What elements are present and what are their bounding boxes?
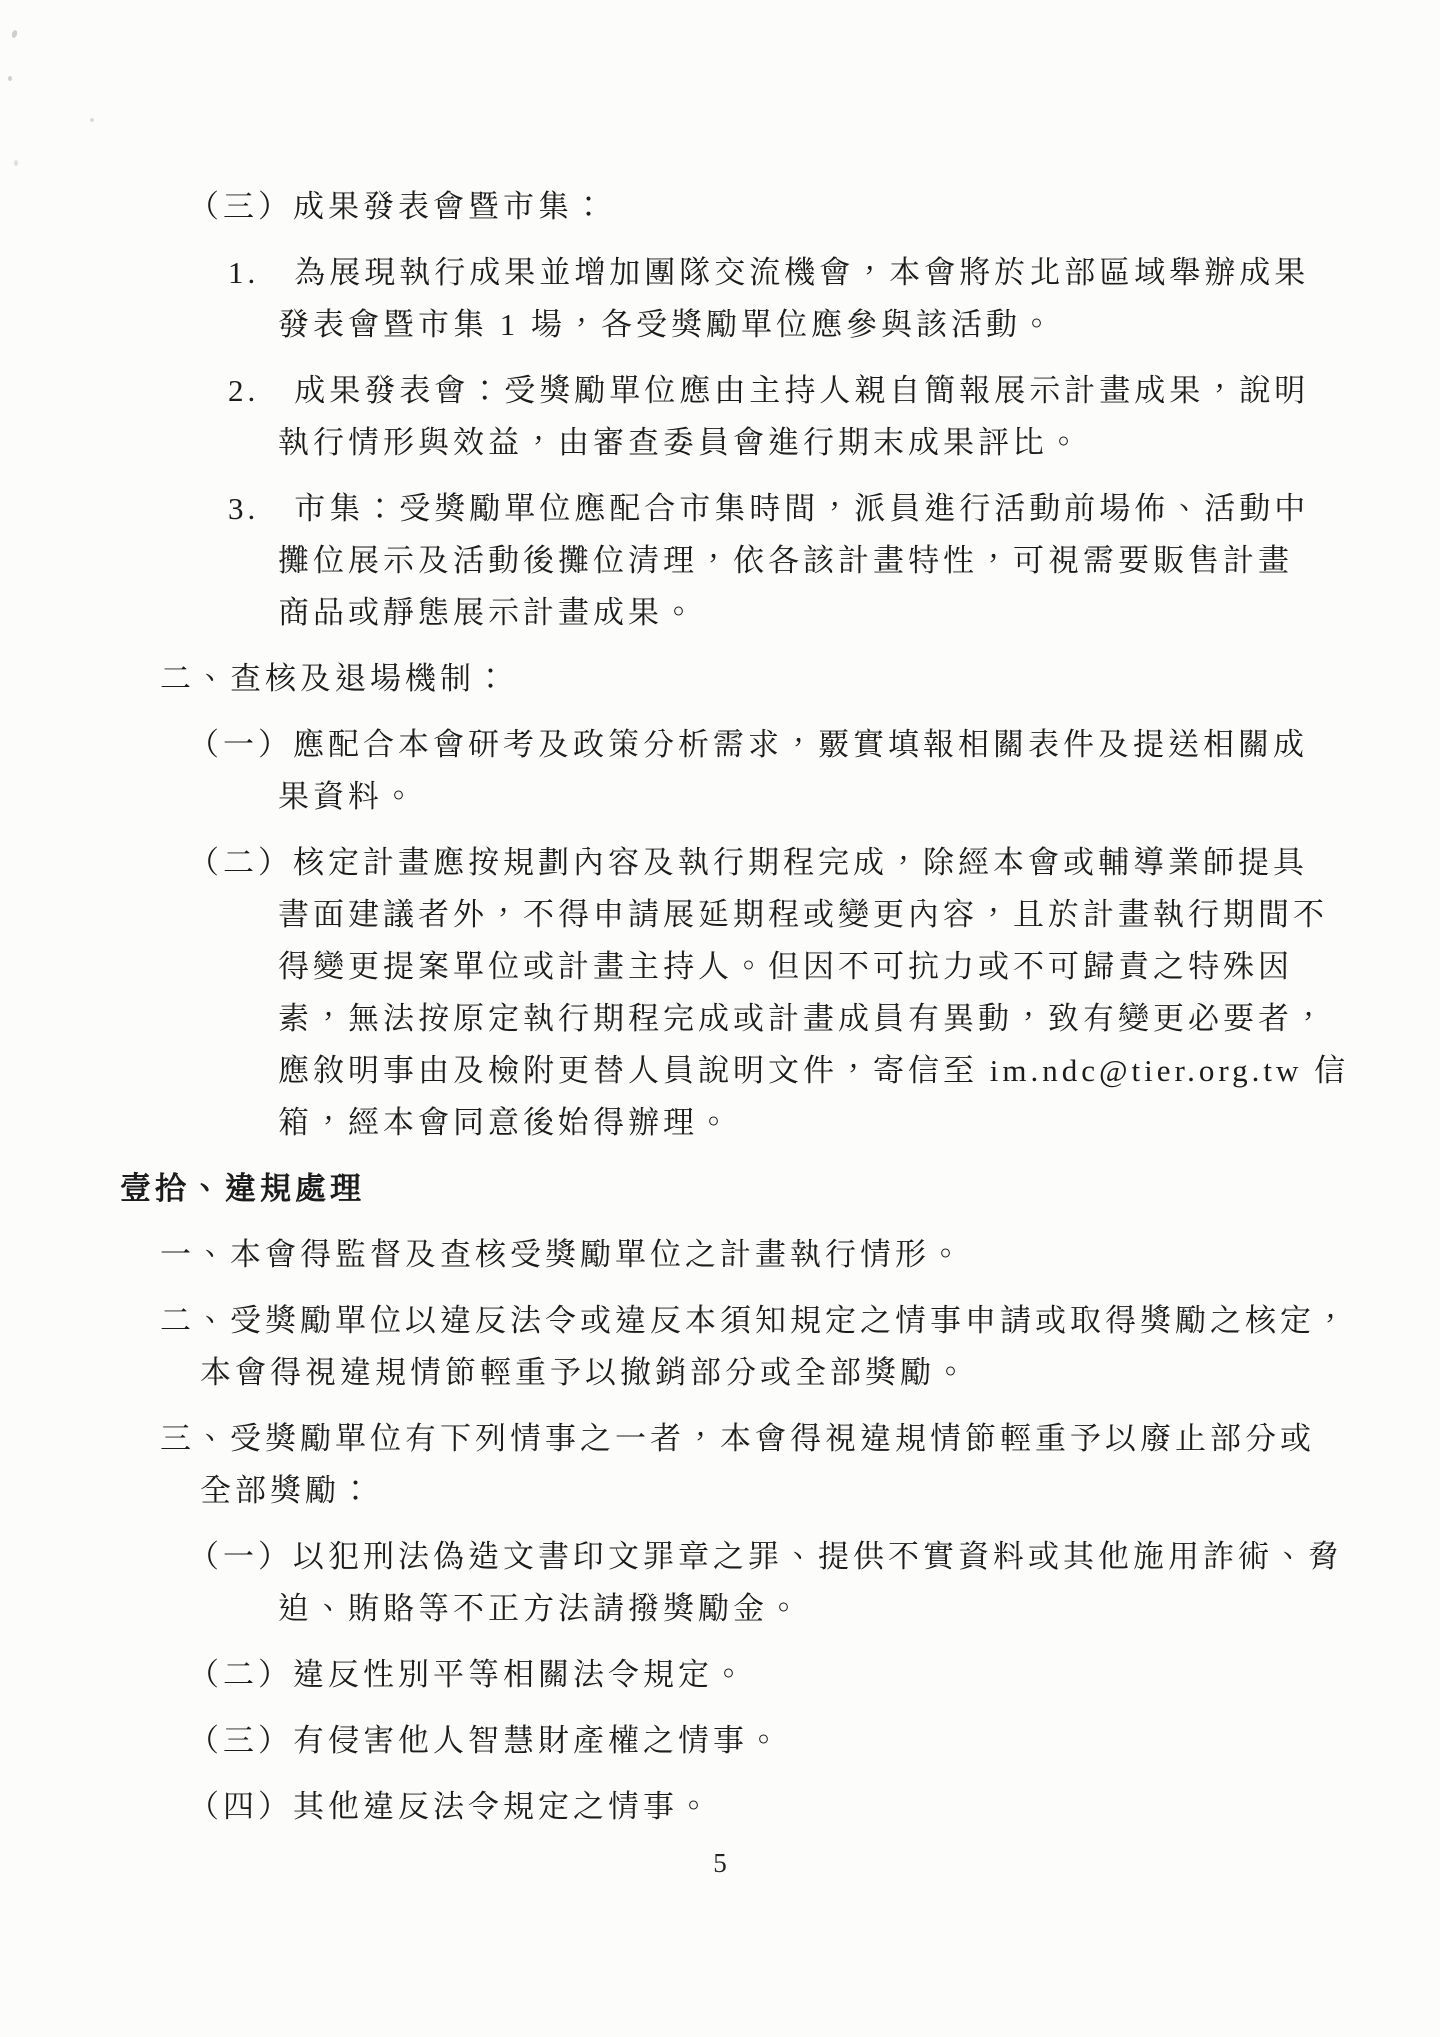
- list-item-violation-revocation: 二、受獎勵單位以違反法令或違反本須知規定之情事申請或取得獎勵之核定， 本會得視違…: [0, 1295, 1440, 1399]
- scan-artifact: [90, 118, 94, 122]
- list-item-results-event: 1. 為展現執行成果並增加團隊交流機會，本會將於北部區域舉辦成果 發表會暨市集 …: [0, 247, 1440, 351]
- list-item-violation-gender-equality: （二）違反性別平等相關法令規定。: [0, 1649, 1440, 1701]
- list-item-violation-abolishment: 三、受獎勵單位有下列情事之一者，本會得視違規情節輕重予以廢止部分或 全部獎勵：: [0, 1413, 1440, 1517]
- document-body: （三）成果發表會暨市集： 1. 為展現執行成果並增加團隊交流機會，本會將於北部區…: [0, 181, 1440, 1847]
- list-item-violation-other-laws: （四）其他違反法令規定之情事。: [0, 1781, 1440, 1833]
- list-item-results-presentation: 2. 成果發表會：受獎勵單位應由主持人親自簡報展示計畫成果，說明 執行情形與效益…: [0, 365, 1440, 469]
- list-item-violation-ip-infringement: （三）有侵害他人智慧財產權之情事。: [0, 1715, 1440, 1767]
- list-item-violation-supervision: 一、本會得監督及查核受獎勵單位之計畫執行情形。: [0, 1229, 1440, 1281]
- list-item-audit-plan-changes: （二）核定計畫應按規劃內容及執行期程完成，除經本會或輔導業師提具 書面建議者外，…: [0, 837, 1440, 1149]
- page-number: 5: [0, 1848, 1440, 1879]
- scan-artifact: [8, 76, 12, 81]
- section-heading-audit-exit-mechanism: 二、查核及退場機制：: [0, 653, 1440, 705]
- document-page: （三）成果發表會暨市集： 1. 為展現執行成果並增加團隊交流機會，本會將於北部區…: [0, 0, 1440, 2037]
- section-heading-results-presentation-market: （三）成果發表會暨市集：: [0, 181, 1440, 233]
- list-item-audit-reporting: （一）應配合本會研考及政策分析需求，覈實填報相關表件及提送相關成 果資料。: [0, 719, 1440, 823]
- scan-artifact: [11, 29, 18, 38]
- list-item-violation-fraud: （一）以犯刑法偽造文書印文罪章之罪、提供不實資料或其他施用詐術、脅 迫、賄賂等不…: [0, 1531, 1440, 1635]
- chapter-heading-violation-handling: 壹拾、違規處理: [0, 1163, 1440, 1215]
- list-item-market: 3. 市集：受獎勵單位應配合市集時間，派員進行活動前場佈、活動中 攤位展示及活動…: [0, 483, 1440, 639]
- scan-artifact: [14, 160, 18, 166]
